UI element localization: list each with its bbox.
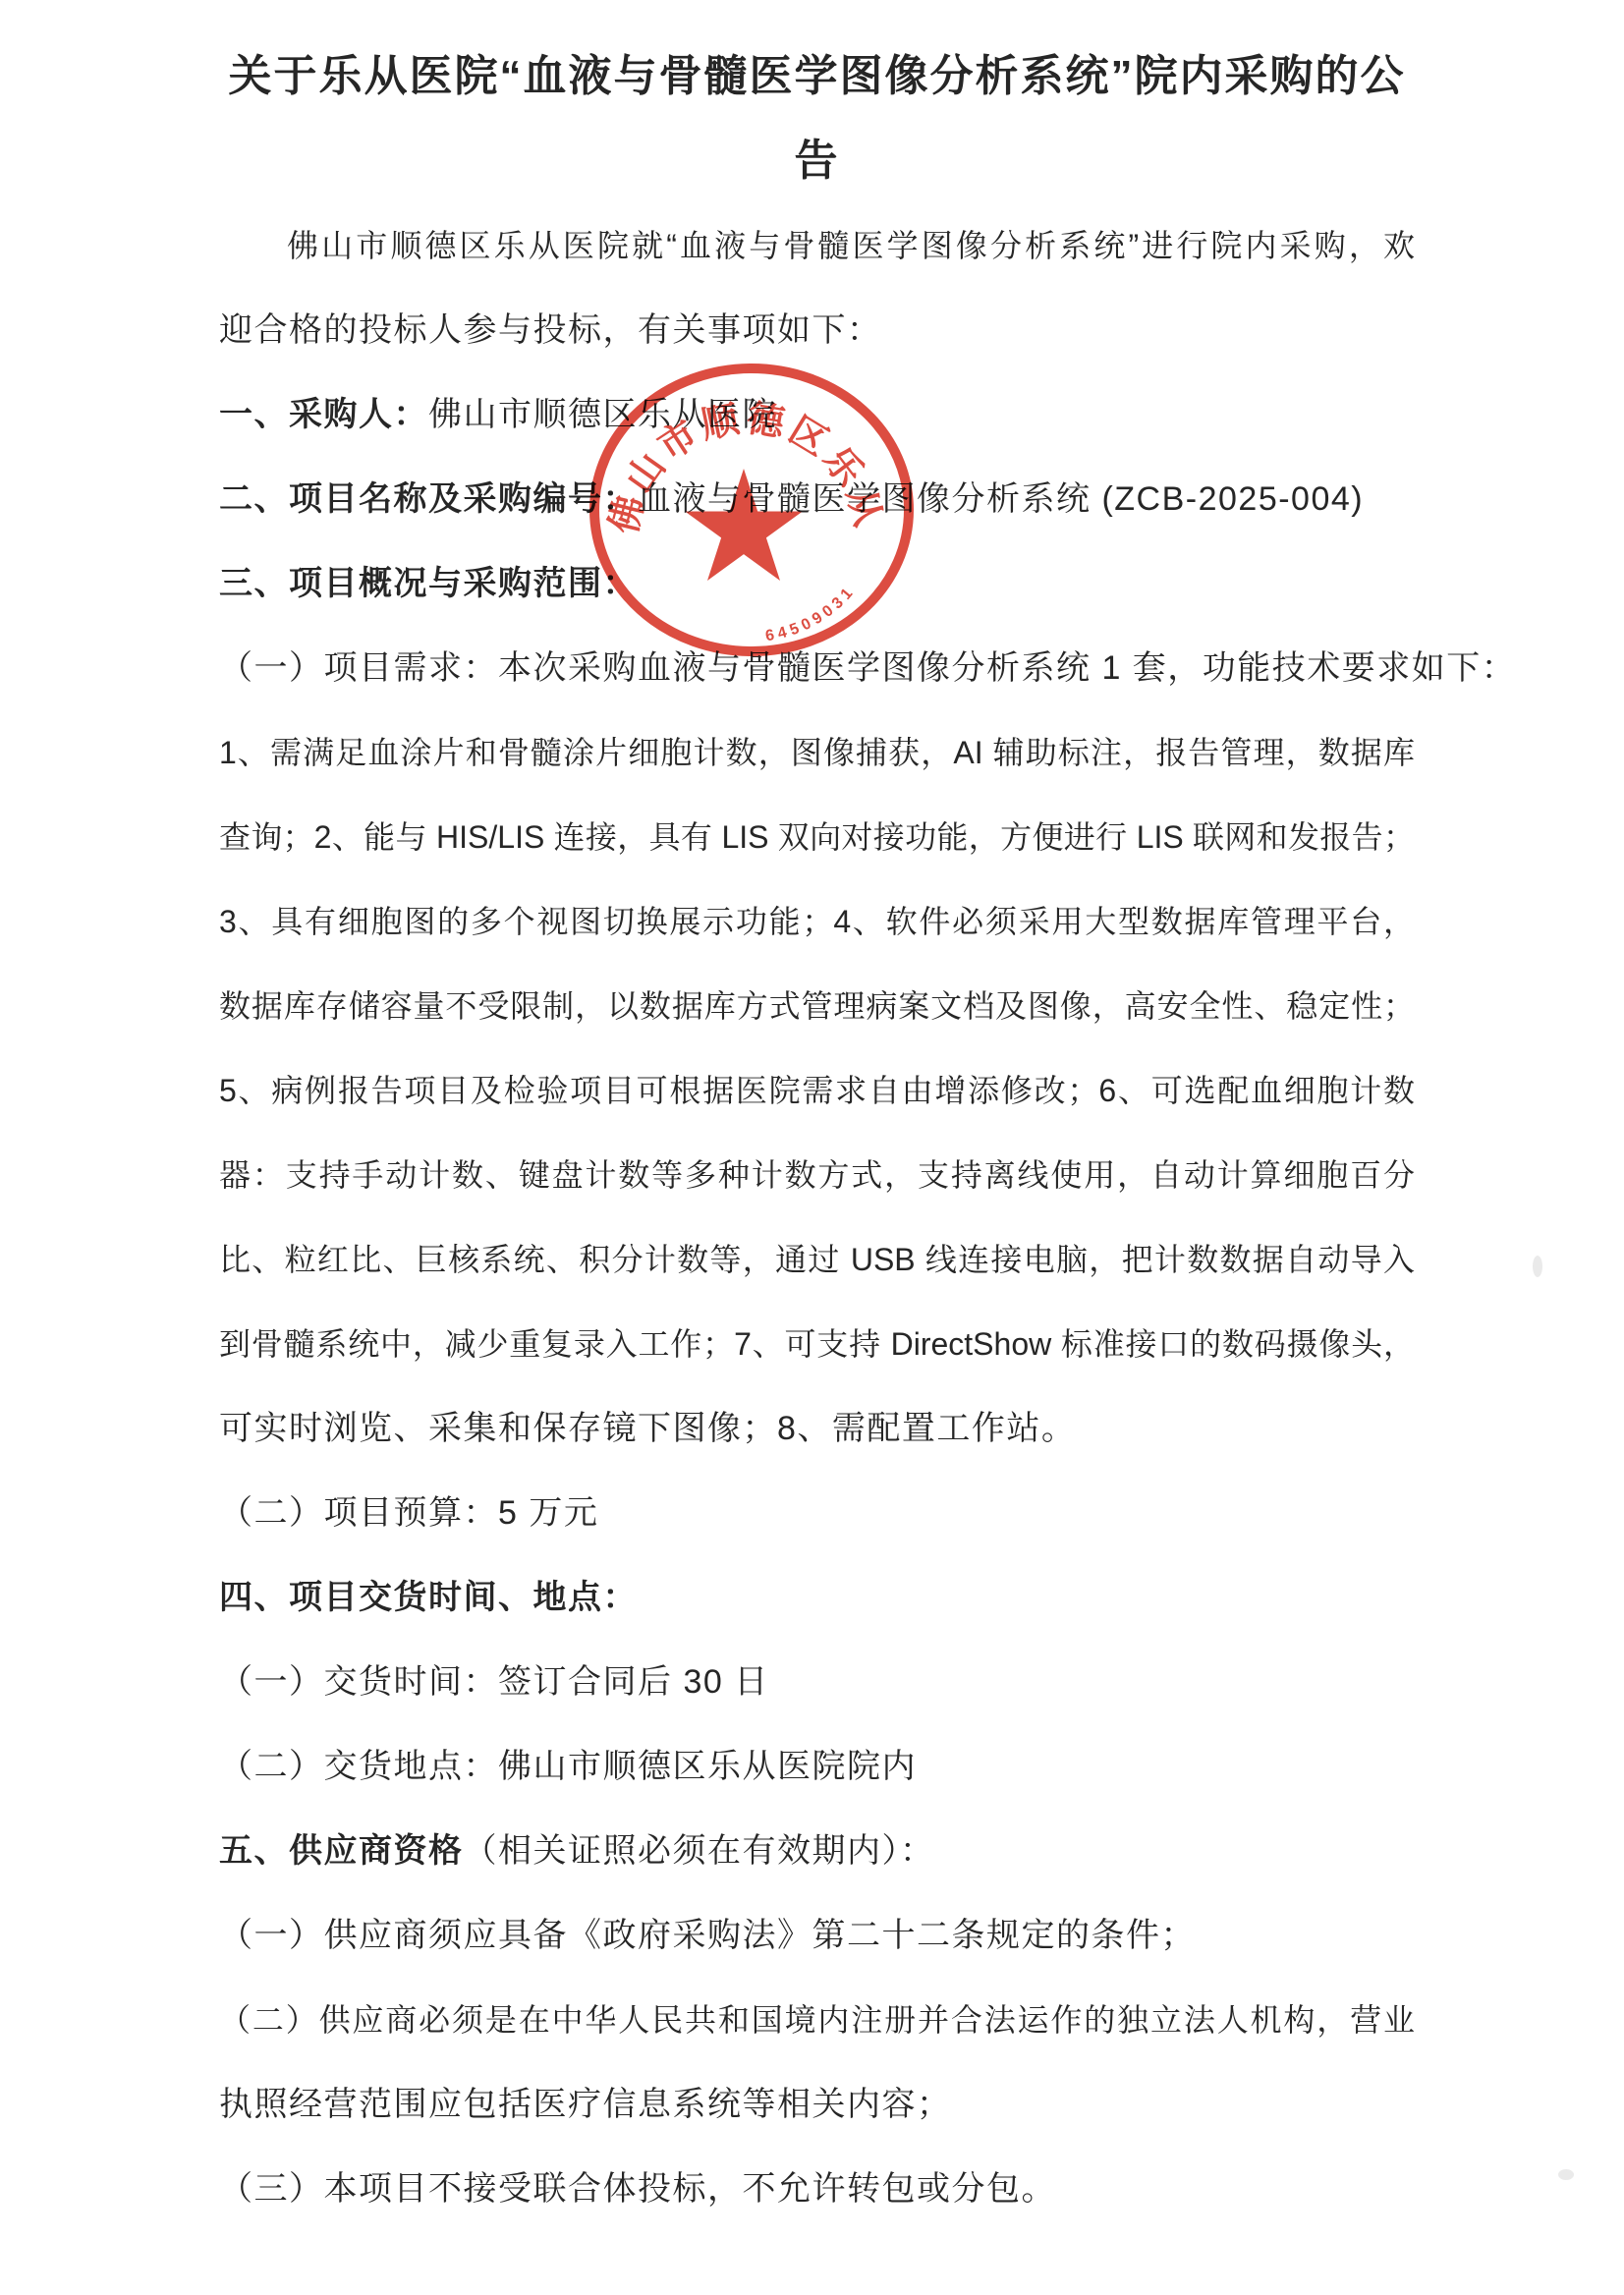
document-line: （二）供应商必须是在中华人民共和国境内注册并合法运作的独立法人机构，营业: [219, 1978, 1415, 2062]
document-line: 到骨髓系统中，减少重复录入工作；7、可支持 DirectShow 标准接口的数码…: [219, 1302, 1415, 1386]
text-segment: 1、需满足血涂片和骨髓涂片细胞计数，图像捕获，AI 辅助标注，报告管理，数据库: [219, 735, 1415, 770]
text-segment: 可实时浏览、采集和保存镜下图像；8、需配置工作站。: [219, 1410, 1076, 1447]
text-segment: （二）供应商必须是在中华人民共和国境内注册并合法运作的独立法人机构，营业: [219, 2002, 1415, 2038]
title-line-2: 告: [219, 119, 1415, 203]
text-segment: 执照经营范围应包括医疗信息系统等相关内容；: [219, 2086, 952, 2123]
seal-serial-number: 64509031: [764, 583, 859, 645]
text-segment: 查询；2、能与 HIS/LIS 连接，具有 LIS 双向对接功能，方便进行 LI…: [219, 819, 1415, 855]
text-segment: 器：支持手动计数、键盘计数等多种计数方式，支持离线使用，自动计算细胞百分: [219, 1157, 1415, 1193]
document-line: （一）供应商须应具备《政府采购法》第二十二条规定的条件；: [219, 1893, 1415, 1978]
document-line: （三）本项目不接受联合体投标，不允许转包或分包。: [219, 2147, 1415, 2231]
document-line: 五、供应商资格（相关证照必须在有效期内）：: [219, 1809, 1415, 1893]
document-line: 佛山市顺德区乐从医院就“血液与骨髓医学图像分析系统”进行院内采购，欢: [219, 203, 1415, 288]
document-line: 数据库存储容量不受限制，以数据库方式管理病案文档及图像，高安全性、稳定性；: [219, 964, 1415, 1048]
scan-artifact: [1558, 2169, 1574, 2180]
document-line: 四、项目交货时间、地点：: [219, 1555, 1415, 1640]
text-segment: 比、粒红比、巨核系统、积分计数等，通过 USB 线连接电脑，把计数数据自动导入: [219, 1242, 1415, 1277]
document-line: （二）项目预算：5 万元: [219, 1471, 1415, 1555]
document-line: 1、需满足血涂片和骨髓涂片细胞计数，图像捕获，AI 辅助标注，报告管理，数据库: [219, 710, 1415, 795]
document-line: （一）交货时间：签订合同后 30 日: [219, 1640, 1415, 1724]
heading-text-segment: 一、采购人：: [219, 396, 428, 433]
official-seal-stamp: 佛山市顺德区乐从医院 64509031: [565, 338, 938, 682]
document-line: （二）交货地点：佛山市顺德区乐从医院院内: [219, 1724, 1415, 1809]
text-segment: 数据库存储容量不受限制，以数据库方式管理病案文档及图像，高安全性、稳定性；: [219, 988, 1415, 1024]
text-segment: 5、病例报告项目及检验项目可根据医院需求自由增添修改；6、可选配血细胞计数: [219, 1073, 1415, 1108]
text-segment: （二）交货地点：佛山市顺德区乐从医院院内: [219, 1748, 917, 1785]
heading-text-segment: 四、项目交货时间、地点：: [219, 1579, 638, 1616]
text-segment: （相关证照必须在有效期内）：: [464, 1832, 935, 1870]
text-segment: （二）项目预算：5 万元: [219, 1494, 598, 1532]
document-page: 关于乐从医院“血液与骨髓医学图像分析系统”院内采购的公 告 佛山市顺德区乐从医院…: [0, 0, 1624, 2295]
document-line: 比、粒红比、巨核系统、积分计数等，通过 USB 线连接电脑，把计数数据自动导入: [219, 1217, 1415, 1302]
document-line: 可实时浏览、采集和保存镜下图像；8、需配置工作站。: [219, 1386, 1415, 1471]
document-line: 执照经营范围应包括医疗信息系统等相关内容；: [219, 2062, 1415, 2147]
document-line: 3、具有细胞图的多个视图切换展示功能；4、软件必须采用大型数据库管理平台，: [219, 879, 1415, 964]
text-segment: （三）本项目不接受联合体投标，不允许转包或分包。: [219, 2170, 1056, 2208]
text-segment: 佛山市顺德区乐从医院就“血液与骨髓医学图像分析系统”进行院内采购，欢: [287, 228, 1415, 263]
scan-artifact: [1533, 1256, 1542, 1277]
seal-star-icon: [685, 469, 803, 581]
text-segment: 3、具有细胞图的多个视图切换展示功能；4、软件必须采用大型数据库管理平台，: [219, 904, 1415, 939]
document-title: 关于乐从医院“血液与骨髓医学图像分析系统”院内采购的公 告: [219, 34, 1415, 203]
document-line: 器：支持手动计数、键盘计数等多种计数方式，支持离线使用，自动计算细胞百分: [219, 1133, 1415, 1217]
text-segment: （一）供应商须应具备《政府采购法》第二十二条规定的条件；: [219, 1917, 1196, 1954]
document-line: 5、病例报告项目及检验项目可根据医院需求自由增添修改；6、可选配血细胞计数: [219, 1048, 1415, 1133]
heading-text-segment: 五、供应商资格: [219, 1832, 464, 1870]
text-segment: （一）交货时间：签订合同后 30 日: [219, 1663, 769, 1701]
document-line: 查询；2、能与 HIS/LIS 连接，具有 LIS 双向对接功能，方便进行 LI…: [219, 795, 1415, 879]
text-segment: 到骨髓系统中，减少重复录入工作；7、可支持 DirectShow 标准接口的数码…: [219, 1326, 1415, 1362]
title-line-1: 关于乐从医院“血液与骨髓医学图像分析系统”院内采购的公: [219, 34, 1415, 119]
